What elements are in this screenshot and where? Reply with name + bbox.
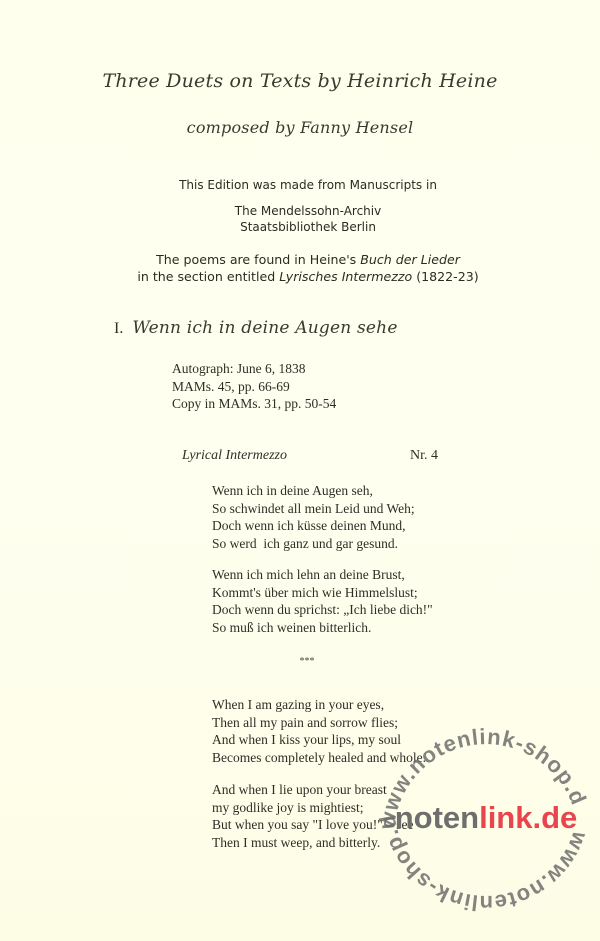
section-heading: I. Wenn ich in deine Augen sehe bbox=[114, 318, 398, 338]
document-page: Three Duets on Texts by Heinrich Heine c… bbox=[0, 0, 600, 941]
german-stanza-2: Wenn ich mich lehn an deine Brust, Kommt… bbox=[212, 566, 433, 636]
poem-header: Lyrical Intermezzo Nr. 4 bbox=[182, 448, 442, 464]
stanza-separator: *** bbox=[0, 656, 600, 667]
poems-source-line-2: in the section entitled Lyrisches Interm… bbox=[0, 268, 600, 285]
german-stanza-1: Wenn ich in deine Augen seh, So schwinde… bbox=[212, 482, 415, 552]
watermark-center-text: notenlink.de bbox=[395, 800, 578, 835]
verse-line: And when I lie upon your breast bbox=[212, 781, 414, 799]
verse-line: my godlike joy is mightiest; bbox=[212, 799, 414, 817]
verse-line: So werd ich ganz und gar gesund. bbox=[212, 535, 415, 553]
english-stanza-2: And when I lie upon your breast my godli… bbox=[212, 781, 414, 851]
verse-line: Doch wenn ich küsse deinen Mund, bbox=[212, 517, 415, 535]
section-title: Wenn ich in deine Augen sehe bbox=[132, 318, 397, 338]
verse-line: And when I kiss your lips, my soul bbox=[212, 731, 426, 749]
verse-line: Kommt's über mich wie Himmelslust; bbox=[212, 584, 433, 602]
section-number: I. bbox=[114, 320, 123, 338]
verse-line: So schwindet all mein Leid und Weh; bbox=[212, 500, 415, 518]
verse-line: When I am gazing in your eyes, bbox=[212, 696, 426, 714]
book-title: Buch der Lieder bbox=[360, 252, 460, 267]
archive-name: The Mendelssohn-Archiv bbox=[0, 203, 600, 219]
page-title: Three Duets on Texts by Heinrich Heine bbox=[0, 70, 600, 92]
verse-line: Then I must weep, and bitterly. bbox=[212, 834, 414, 852]
verse-line: So muß ich weinen bitterlich. bbox=[212, 619, 433, 637]
english-stanza-1: When I am gazing in your eyes, Then all … bbox=[212, 696, 426, 766]
verse-line: Doch wenn du sprichst: „Ich liebe dich!" bbox=[212, 601, 433, 619]
poems-source-note: The poems are found in Heine's Buch der … bbox=[0, 251, 600, 285]
manuscript-meta: Autograph: June 6, 1838 MAMs. 45, pp. 66… bbox=[172, 360, 336, 413]
poem-number: Nr. 4 bbox=[410, 448, 438, 464]
meta-line: MAMs. 45, pp. 66-69 bbox=[172, 378, 336, 396]
section-title-italic: Lyrisches Intermezzo bbox=[279, 269, 412, 284]
verse-line: Then all my pain and sorrow flies; bbox=[212, 714, 426, 732]
meta-line: Copy in MAMs. 31, pp. 50-54 bbox=[172, 395, 336, 413]
text-span: in the section entitled bbox=[137, 269, 279, 284]
composer-line: composed by Fanny Hensel bbox=[0, 118, 600, 137]
text-span: The poems are found in Heine's bbox=[156, 252, 360, 267]
verse-line: Becomes completely healed and whole. bbox=[212, 749, 426, 767]
library-name: Staatsbibliothek Berlin bbox=[0, 219, 600, 235]
edition-note: This Edition was made from Manuscripts i… bbox=[0, 177, 600, 193]
archive-info: The Mendelssohn-Archiv Staatsbibliothek … bbox=[0, 203, 600, 235]
meta-line: Autograph: June 6, 1838 bbox=[172, 360, 336, 378]
text-span: (1822-23) bbox=[412, 269, 478, 284]
poem-source: Lyrical Intermezzo bbox=[182, 448, 287, 463]
poems-source-line-1: The poems are found in Heine's Buch der … bbox=[0, 251, 600, 268]
verse-line: Wenn ich mich lehn an deine Brust, bbox=[212, 566, 433, 584]
verse-line: Wenn ich in deine Augen seh, bbox=[212, 482, 415, 500]
verse-line: But when you say "I love you!" – see bbox=[212, 816, 414, 834]
